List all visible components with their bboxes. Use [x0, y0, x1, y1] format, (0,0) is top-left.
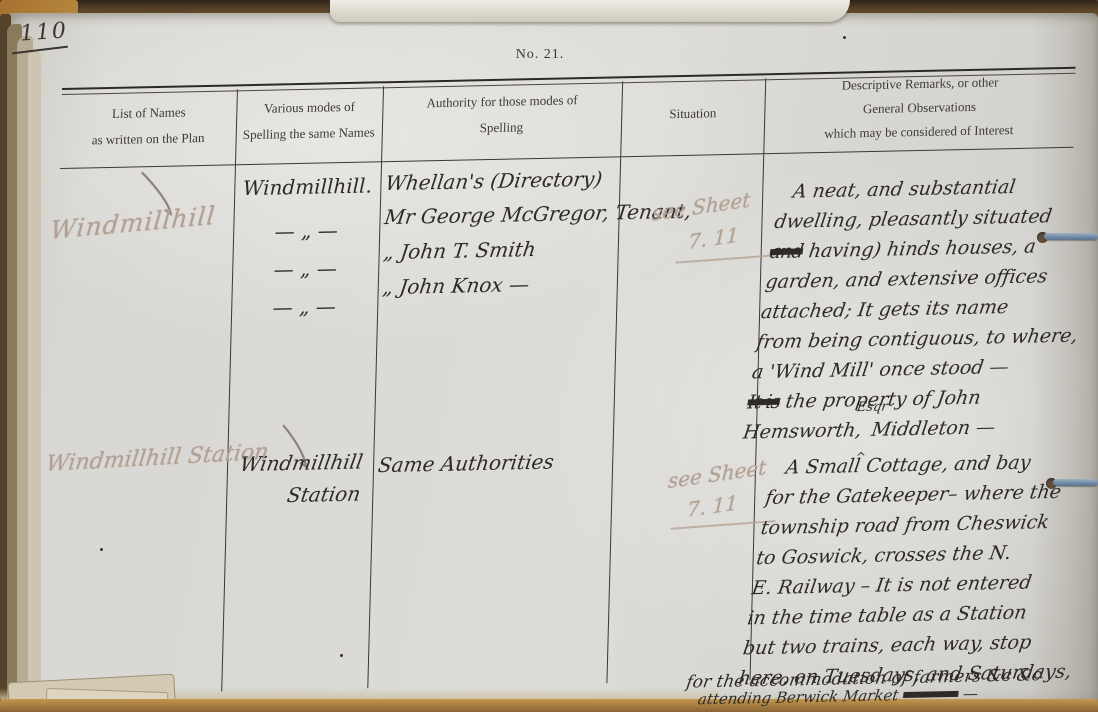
struck-word: ———––: [902, 685, 960, 704]
remark-text: to Goswick, crosses the N.: [755, 542, 1013, 569]
column-header-names: List of Names as written on the Plan: [60, 98, 236, 154]
remark-line: Hemsworth,Esqr^Middleton —: [741, 411, 1076, 448]
page-edge-left-4: [28, 52, 41, 702]
name-book-table: List of Names as written on the Plan Var…: [46, 67, 1076, 712]
remark-text: Middleton —: [870, 416, 997, 441]
remark-text: having) hinds houses, a: [801, 235, 1037, 262]
authority-entry: „ John T. Smith: [382, 237, 537, 264]
ditto-mark: — „ —: [233, 217, 380, 244]
remark-text: —: [957, 684, 979, 702]
struck-word: It is: [746, 391, 781, 414]
name-entry-pencil: Windmillhill: [49, 201, 217, 245]
remark-text: attached; It gets its name: [759, 296, 1009, 323]
remark-text: Hemsworth,: [742, 419, 864, 444]
remarks-entry: A neat, and substantial dwelling, pleasa…: [741, 170, 1098, 448]
ditto-mark: — „ —: [231, 293, 378, 320]
spelling-entry: Windmillhill.: [234, 173, 381, 200]
authority-entry: Same Authorities: [377, 449, 556, 477]
remark-text: but two trains, each way, stop: [741, 631, 1032, 659]
header-line: Various modes of: [236, 93, 383, 122]
column-header-authority: Authority for those modes of Spelling: [382, 86, 622, 143]
authority-entry: „ John Knox —: [381, 272, 531, 299]
header-line: Spelling: [382, 112, 622, 143]
inserted-word: Esqr: [855, 392, 890, 423]
remark-text: township road from Cheswick: [759, 511, 1050, 539]
remark-text: A Small Cottage, and bay: [784, 451, 1032, 478]
ink-speck: [843, 36, 846, 39]
page-curl-top: [330, 0, 850, 22]
situation-entry: see Sheet: [652, 187, 751, 225]
page-number: 110: [19, 18, 69, 46]
header-line: Situation: [621, 99, 765, 128]
spelling-entry: Station: [285, 481, 362, 507]
sheet-number: No. 21.: [470, 47, 610, 63]
remark-text: A neat, and substantial: [791, 176, 1017, 203]
header-line: as written on the Plan: [60, 124, 236, 154]
scanned-ledger-page: 110 No. 21. List of Names as written on …: [0, 0, 1098, 712]
situation-sheet-number: 7. 11: [687, 490, 739, 522]
authority-entry: Whellan's (Directory): [384, 167, 604, 196]
remark-text: garden, and extensive offices: [764, 265, 1049, 293]
remark-text: from being contiguous, to where,: [755, 325, 1079, 354]
header-line: which may be considered of Interest: [763, 117, 1074, 147]
remark-text: in the time table as a Station: [746, 601, 1028, 629]
situation-sheet-number: 7. 11: [688, 223, 740, 255]
header-line: List of Names: [61, 98, 237, 128]
column-divider-3: [606, 81, 623, 683]
situation-entry: see Sheet: [668, 455, 767, 493]
ditto-mark: — „ —: [232, 255, 379, 282]
struck-word: and: [768, 240, 804, 263]
authority-entry: Mr George McGregor, Tenant,: [383, 199, 693, 229]
column-header-remarks: Descriptive Remarks, or other General Ob…: [763, 69, 1075, 147]
remark-text: dwelling, pleasantly situated: [773, 205, 1053, 233]
column-header-spelling-modes: Various modes of Spelling the same Names: [235, 93, 382, 148]
remark-text: E. Railway – It is not entered: [750, 571, 1033, 599]
remark-text: for the Gatekeeper– where the: [764, 481, 1063, 509]
header-line: Spelling the same Names: [235, 119, 382, 148]
remarks-entry: A Small Cottage, and bay for the Gatekee…: [736, 446, 1098, 694]
column-header-situation: Situation: [621, 99, 765, 128]
spelling-entry: Windmillhill: [238, 449, 365, 476]
remark-text: a 'Wind Mill' once stood —: [751, 356, 1011, 383]
name-entry-pencil: Windmillhill Station: [45, 440, 271, 478]
